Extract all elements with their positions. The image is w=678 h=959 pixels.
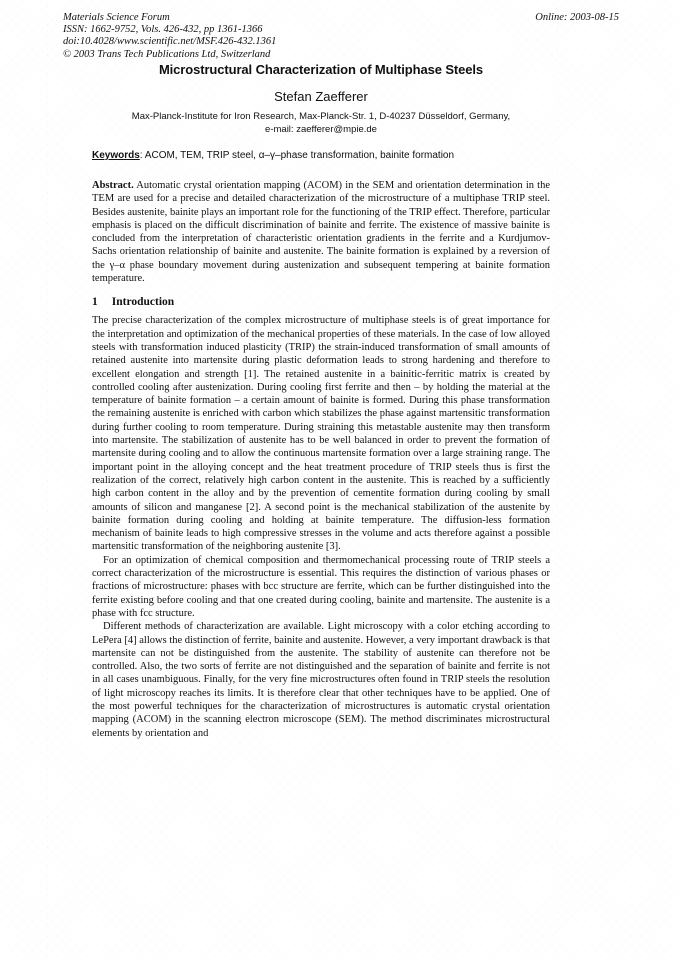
scan-artifact-left (47, 0, 48, 959)
abstract-text: Automatic crystal orientation mapping (A… (92, 180, 550, 284)
publisher-header: Materials Science Forum ISSN: 1662-9752,… (63, 12, 619, 61)
journal-name: Materials Science Forum (63, 12, 276, 24)
publisher-meta-block: Materials Science Forum ISSN: 1662-9752,… (63, 12, 276, 61)
online-date: Online: 2003-08-15 (535, 12, 619, 24)
keywords-text: : ACOM, TEM, TRIP steel, α–γ–phase trans… (140, 150, 454, 161)
introduction-body: The precise characterization of the comp… (92, 314, 550, 740)
copyright-line: © 2003 Trans Tech Publications Ltd, Swit… (63, 49, 276, 61)
affiliation-line-1: Max-Planck-Institute for Iron Research, … (92, 111, 550, 124)
paper-page: Materials Science Forum ISSN: 1662-9752,… (0, 0, 678, 959)
keywords-line: Keywords: ACOM, TEM, TRIP steel, α–γ–pha… (92, 150, 550, 162)
issn-line: ISSN: 1662-9752, Vols. 426-432, pp 1361-… (63, 24, 276, 36)
abstract-label: Abstract. (92, 180, 134, 191)
section-number: 1 (92, 295, 98, 309)
intro-paragraph-2: For an optimization of chemical composit… (92, 554, 550, 620)
affiliation-block: Max-Planck-Institute for Iron Research, … (92, 111, 550, 136)
section-title: Introduction (112, 296, 174, 308)
intro-paragraph-1: The precise characterization of the comp… (92, 314, 550, 553)
affiliation-line-2: e-mail: zaefferer@mpie.de (92, 124, 550, 137)
abstract-paragraph: Abstract. Automatic crystal orientation … (92, 179, 550, 285)
paper-title: Microstructural Characterization of Mult… (92, 62, 550, 78)
intro-paragraph-3: Different methods of characterization ar… (92, 620, 550, 740)
keywords-label: Keywords (92, 150, 140, 161)
section-heading: 1Introduction (92, 295, 550, 309)
scan-artifact-right (557, 0, 558, 959)
doi-line: doi:10.4028/www.scientific.net/MSF.426-4… (63, 36, 276, 48)
paper-content: Microstructural Characterization of Mult… (92, 62, 550, 740)
author-name: Stefan Zaefferer (92, 90, 550, 104)
